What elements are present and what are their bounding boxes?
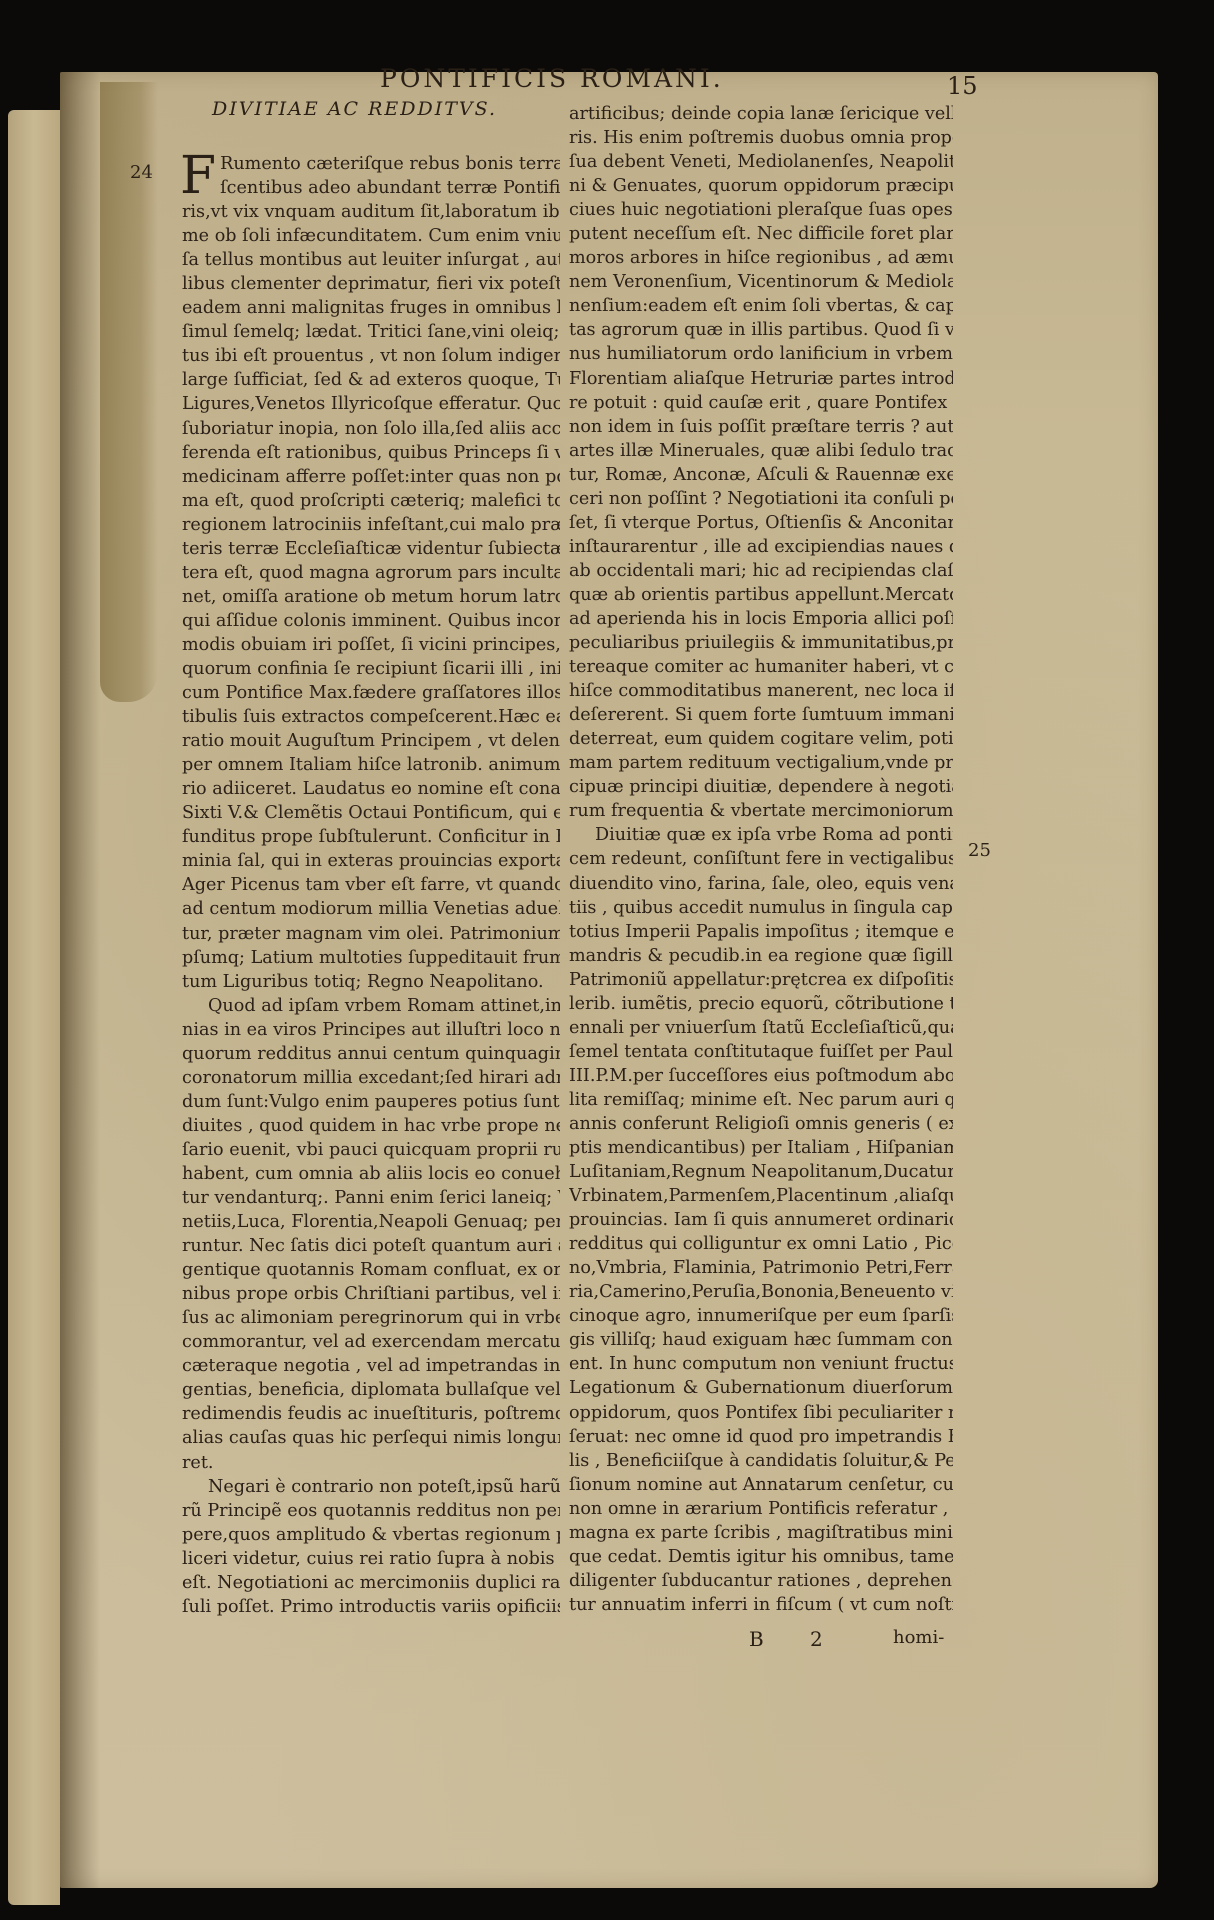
- text-line: ciues huic negotiationi pleraſque ſuas o…: [569, 198, 953, 222]
- text-line: ent. In hunc computum non veniunt fructu…: [569, 1352, 953, 1376]
- signature-mark: B 2: [749, 1627, 843, 1651]
- text-line: ſus ac alimoniam peregrinorum qui in vrb…: [182, 1306, 560, 1330]
- text-line: liceri videtur, cuius rei ratio ſupra à …: [182, 1547, 560, 1571]
- text-line: ferenda eſt rationibus, quibus Princeps …: [182, 441, 560, 465]
- text-line: nibus prope orbis Chriſtiani partibus, v…: [182, 1282, 560, 1306]
- text-line: hiſce commoditatibus manerent, nec loca …: [569, 679, 953, 703]
- text-line: libus clementer deprimatur, fieri vix po…: [182, 272, 560, 296]
- text-line: non idem in ſuis poſſit præſtare terris …: [569, 415, 953, 439]
- text-line: netiis,Luca, Florentia,Neapoli Genuaq; p…: [182, 1210, 560, 1234]
- text-line: cinoque agro, innumeriſque per eum ſparſ…: [569, 1304, 953, 1328]
- text-line: ſuboriatur inopia, non ſolo illa,ſed ali…: [182, 417, 560, 441]
- gutter-shadow: [60, 72, 100, 1888]
- left-text-column: F Rumento cæteriſque rebus bonis terra n…: [182, 152, 560, 1619]
- text-line: ret.: [182, 1451, 560, 1475]
- text-line: quorum redditus annui centum quinquagint…: [182, 1042, 560, 1066]
- text-line: Diuitiæ quæ ex ipſa vrbe Roma ad pontifi…: [569, 823, 953, 847]
- text-line: cipuæ principi diuitiæ, dependere à nego…: [569, 775, 953, 799]
- text-line: ris,vt vix vnquam auditum ſit,laboratum …: [182, 200, 560, 224]
- right-text-column: artificibus; deinde copia lanæ ſericique…: [569, 102, 953, 1617]
- text-line: ſemel tentata conſtitutaque fuiſſet per …: [569, 1040, 953, 1064]
- text-line: tereaque comiter ac humaniter haberi, vt…: [569, 655, 953, 679]
- text-line: alias cauſas quas hic perſequi nimis lon…: [182, 1426, 560, 1450]
- text-line: artificibus; deinde copia lanæ ſericique…: [569, 102, 953, 126]
- text-line: ſario euenit, vbi pauci quicquam proprii…: [182, 1138, 560, 1162]
- text-line: quæ ab orientis partibus appellunt.Merca…: [569, 583, 953, 607]
- text-line: ad centum modiorum millia Venetias adueh…: [182, 897, 560, 921]
- text-line: mam partem redituum vectigalium,vnde prę…: [569, 751, 953, 775]
- text-line: tas agrorum quæ in illis partibus. Quod …: [569, 318, 953, 342]
- text-line: cæteraque negotia , vel ad impetrandas i…: [182, 1354, 560, 1378]
- text-line: ptis mendicantibus) per Italiam , Hiſpan…: [569, 1136, 953, 1160]
- text-line: que cedat. Demtis igitur his omnibus, ta…: [569, 1545, 953, 1569]
- section-title: DIVITIAE AC REDDITVS.: [212, 98, 497, 120]
- text-line: Florentiam aliaſque Hetruriæ partes intr…: [569, 367, 953, 391]
- text-line: coronatorum millia excedant;ſed hirari a…: [182, 1066, 560, 1090]
- text-line: lita remiſſaq; minime eſt. Nec parum aur…: [569, 1088, 953, 1112]
- text-line: eadem anni malignitas fruges in omnibus …: [182, 296, 560, 320]
- text-line: Ager Picenus tam vber eſt farre, vt quan…: [182, 873, 560, 897]
- text-line: re potuit : quid cauſæ erit , quare Pont…: [569, 391, 953, 415]
- text-line: inſtaurarentur , ille ad excipiendias na…: [569, 535, 953, 559]
- text-line: no,Vmbria, Flaminia, Patrimonio Petri,Fe…: [569, 1256, 953, 1280]
- text-line: mandris & pecudib.in ea regione quæ ſigi…: [569, 944, 953, 968]
- text-line: ni & Genuates, quorum oppidorum præcipui: [569, 174, 953, 198]
- drop-cap: F: [180, 154, 216, 198]
- text-line: rũ Principẽ eos quotannis redditus non p…: [182, 1499, 560, 1523]
- text-line: ad aperienda his in locis Emporia allici…: [569, 607, 953, 631]
- text-line: gentique quotannis Romam confluat, ex om…: [182, 1258, 560, 1282]
- text-line: tur annuatim inferri in fiſcum ( vt cum …: [569, 1593, 953, 1617]
- text-line: cum Pontifice Max.fædere graſſatores ill…: [182, 681, 560, 705]
- text-line: ſa tellus montibus aut leuiter inſurgat …: [182, 248, 560, 272]
- text-line: habent, cum omnia ab aliis locis eo conu…: [182, 1162, 560, 1186]
- text-line: Sixti V.& Clemẽtis Octaui Pontificum, qu…: [182, 801, 560, 825]
- text-line: runtur. Nec ſatis dici poteſt quantum au…: [182, 1234, 560, 1258]
- text-line: nenſium:eadem eſt enim ſoli vbertas, & c…: [569, 294, 953, 318]
- text-line: magna ex parte ſcribis , magiſtratibus m…: [569, 1521, 953, 1545]
- text-line: deſererent. Si quem forte ſumtuum immani…: [569, 703, 953, 727]
- catchword: homi-: [893, 1627, 944, 1648]
- text-line: ſuli poſſet. Primo introductis variis op…: [182, 1595, 560, 1619]
- text-line: Vrbinatem,Parmenſem,Placentinum ,aliaſqu…: [569, 1184, 953, 1208]
- text-line: ſcentibus adeo abundant terræ Pontificii…: [220, 176, 560, 200]
- text-line: rio adiiceret. Laudatus eo nomine eſt co…: [182, 777, 560, 801]
- text-line: gentias, beneficia, diplomata bullaſque …: [182, 1378, 560, 1402]
- text-line: deterreat, eum quidem cogitare velim, po…: [569, 727, 953, 751]
- text-line: nem Veronenſium, Vicentinorum & Mediola-: [569, 270, 953, 294]
- text-line: ma eſt, quod proſcripti cæteriq; malefic…: [182, 489, 560, 513]
- text-line: Quod ad ipſam vrbem Romam attinet,inue-: [182, 994, 560, 1018]
- text-line: funditus prope ſubſtulerunt. Conficitur …: [182, 825, 560, 849]
- text-line: me ob ſoli infæcunditatem. Cum enim vniu…: [182, 224, 560, 248]
- text-line: Negari è contrario non poteſt,ipsũ harũ …: [182, 1475, 560, 1499]
- text-line: ſeruat: nec omne id quod pro impetrandis…: [569, 1425, 953, 1449]
- text-line: ratio mouit Auguſtum Principem , vt dele…: [182, 729, 560, 753]
- text-line: tur, Romæ, Anconæ, Aſculi & Rauennæ exer…: [569, 463, 953, 487]
- text-line: ris. His enim poſtremis duobus omnia pro…: [569, 126, 953, 150]
- text-line: quorum confinia ſe recipiunt ſicarii ill…: [182, 657, 560, 681]
- text-line: teris terræ Eccleſiaſticæ videntur ſubie…: [182, 537, 560, 561]
- text-line: rum frequentia & vbertate mercimoniorum.: [569, 799, 953, 823]
- text-line: Luſitaniam,Regnum Neapolitanum,Ducatum: [569, 1160, 953, 1184]
- text-line: tera eſt, quod magna agrorum pars incult…: [182, 561, 560, 585]
- running-head: PONTIFICIS ROMANI.: [380, 64, 724, 93]
- text-line: ſionum nomine aut Annatarum cenſetur, cu…: [569, 1473, 953, 1497]
- text-line: Rumento cæteriſque rebus bonis terra na-: [220, 152, 560, 176]
- text-line: ennali per vniuerſum ſtatũ Eccleſiaſticũ…: [569, 1016, 953, 1040]
- text-line: nus humiliatorum ordo lanificium in vrbe…: [569, 342, 953, 366]
- text-line: ſua debent Veneti, Mediolanenſes, Neapol…: [569, 150, 953, 174]
- text-line: putent neceſſum eſt. Nec difficile foret…: [569, 222, 953, 246]
- text-line: tur vendanturq;. Panni enim ſerici lanei…: [182, 1186, 560, 1210]
- text-line: modis obuiam iri poſſet, ſi vicini princ…: [182, 633, 560, 657]
- text-line: tiis , quibus accedit numulus in ſingula…: [569, 896, 953, 920]
- text-line: totius Imperii Papalis impoſitus ; itemq…: [569, 920, 953, 944]
- text-line: annis conferunt Religioſi omnis generis …: [569, 1112, 953, 1136]
- text-line: tus ibi eſt prouentus , vt non ſolum ind…: [182, 344, 560, 368]
- text-line: ceri non poſſint ? Negotiationi ita conſ…: [569, 487, 953, 511]
- text-line: redimendis feudis ac inueſtituris, poſtr…: [182, 1402, 560, 1426]
- text-line: dum ſunt:Vulgo enim pauperes potius ſunt…: [182, 1090, 560, 1114]
- text-line: redditus qui colliguntur ex omni Latio ,…: [569, 1232, 953, 1256]
- text-line: qui aſſidue colonis imminent. Quibus inc…: [182, 609, 560, 633]
- text-line: commorantur, vel ad exercendam mercatura…: [182, 1330, 560, 1354]
- text-line: lerib. iumẽtis, precio equorũ, cõtributi…: [569, 992, 953, 1016]
- text-line: ſet, ſi vterque Portus, Oſtienſis & Anco…: [569, 511, 953, 535]
- text-line: ab occidentali mari; hic ad recipiendas …: [569, 559, 953, 583]
- text-line: per omnem Italiam hiſce latronib. animum…: [182, 753, 560, 777]
- text-line: eſt. Negotiationi ac mercimoniis duplici…: [182, 1571, 560, 1595]
- text-line: large ſufficiat, ſed & ad exteros quoque…: [182, 368, 560, 392]
- text-line: diligenter ſubducantur rationes , depreh…: [569, 1569, 953, 1593]
- text-line: artes illæ Mineruales, quæ alibi ſedulo …: [569, 439, 953, 463]
- text-line: peculiaribus priuilegiis & immunitatibus…: [569, 631, 953, 655]
- margin-note-25: 25: [968, 840, 991, 861]
- text-line: net, omiſſa aratione ob metum horum latr…: [182, 585, 560, 609]
- text-line: ſimul ſemelq; lædat. Tritici ſane,vini o…: [182, 320, 560, 344]
- text-line: tum Liguribus totiq; Regno Neapolitano.: [182, 970, 560, 994]
- text-line: pſumq; Latium multoties ſuppeditauit fru…: [182, 946, 560, 970]
- text-line: III.P.M.per ſucceſſores eius poſtmodum a…: [569, 1064, 953, 1088]
- text-line: diuendito vino, farina, ſale, oleo, equi…: [569, 872, 953, 896]
- margin-note-24: 24: [130, 162, 153, 183]
- text-line: pere,quos amplitudo & vbertas regionum p…: [182, 1523, 560, 1547]
- text-line: Ligures,Venetos Illyricoſque efferatur. …: [182, 392, 560, 416]
- text-line: medicinam afferre poſſet:inter quas non …: [182, 465, 560, 489]
- text-line: nias in ea viros Principes aut illuſtri …: [182, 1018, 560, 1042]
- text-line: moros arbores in hiſce regionibus , ad æ…: [569, 246, 953, 270]
- text-line: cem redeunt, conſiſtunt fere in vectigal…: [569, 847, 953, 871]
- text-line: oppidorum, quos Pontifex ſibi peculiarit…: [569, 1401, 953, 1425]
- text-line: prouincias. Iam ſi quis annumeret ordina…: [569, 1208, 953, 1232]
- text-line: minia ſal, qui in exteras prouincias exp…: [182, 849, 560, 873]
- text-line: diuites , quod quidem in hac vrbe prope …: [182, 1114, 560, 1138]
- text-line: tur, præter magnam vim olei. Patrimonium…: [182, 922, 560, 946]
- text-line: regionem latrociniis infeſtant,cui malo …: [182, 513, 560, 537]
- text-line: gis villiſq; haud exiguam hæc ſummam con…: [569, 1328, 953, 1352]
- page-number: 15: [947, 72, 978, 100]
- text-line: tibulis ſuis extractos compeſcerent.Hæc …: [182, 705, 560, 729]
- text-line: non omne in ærarium Pontificis referatur…: [569, 1497, 953, 1521]
- text-line: ria,Camerino,Peruſia,Bononia,Beneuento v…: [569, 1280, 953, 1304]
- previous-page-edge: [8, 110, 60, 1905]
- text-line: lis , Beneficiiſque à candidatis ſoluitu…: [569, 1449, 953, 1473]
- text-line: Legationum & Gubernationum diuerſorum: [569, 1376, 953, 1400]
- text-line: Patrimoniũ appellatur:prętcrea ex diſpoſ…: [569, 968, 953, 992]
